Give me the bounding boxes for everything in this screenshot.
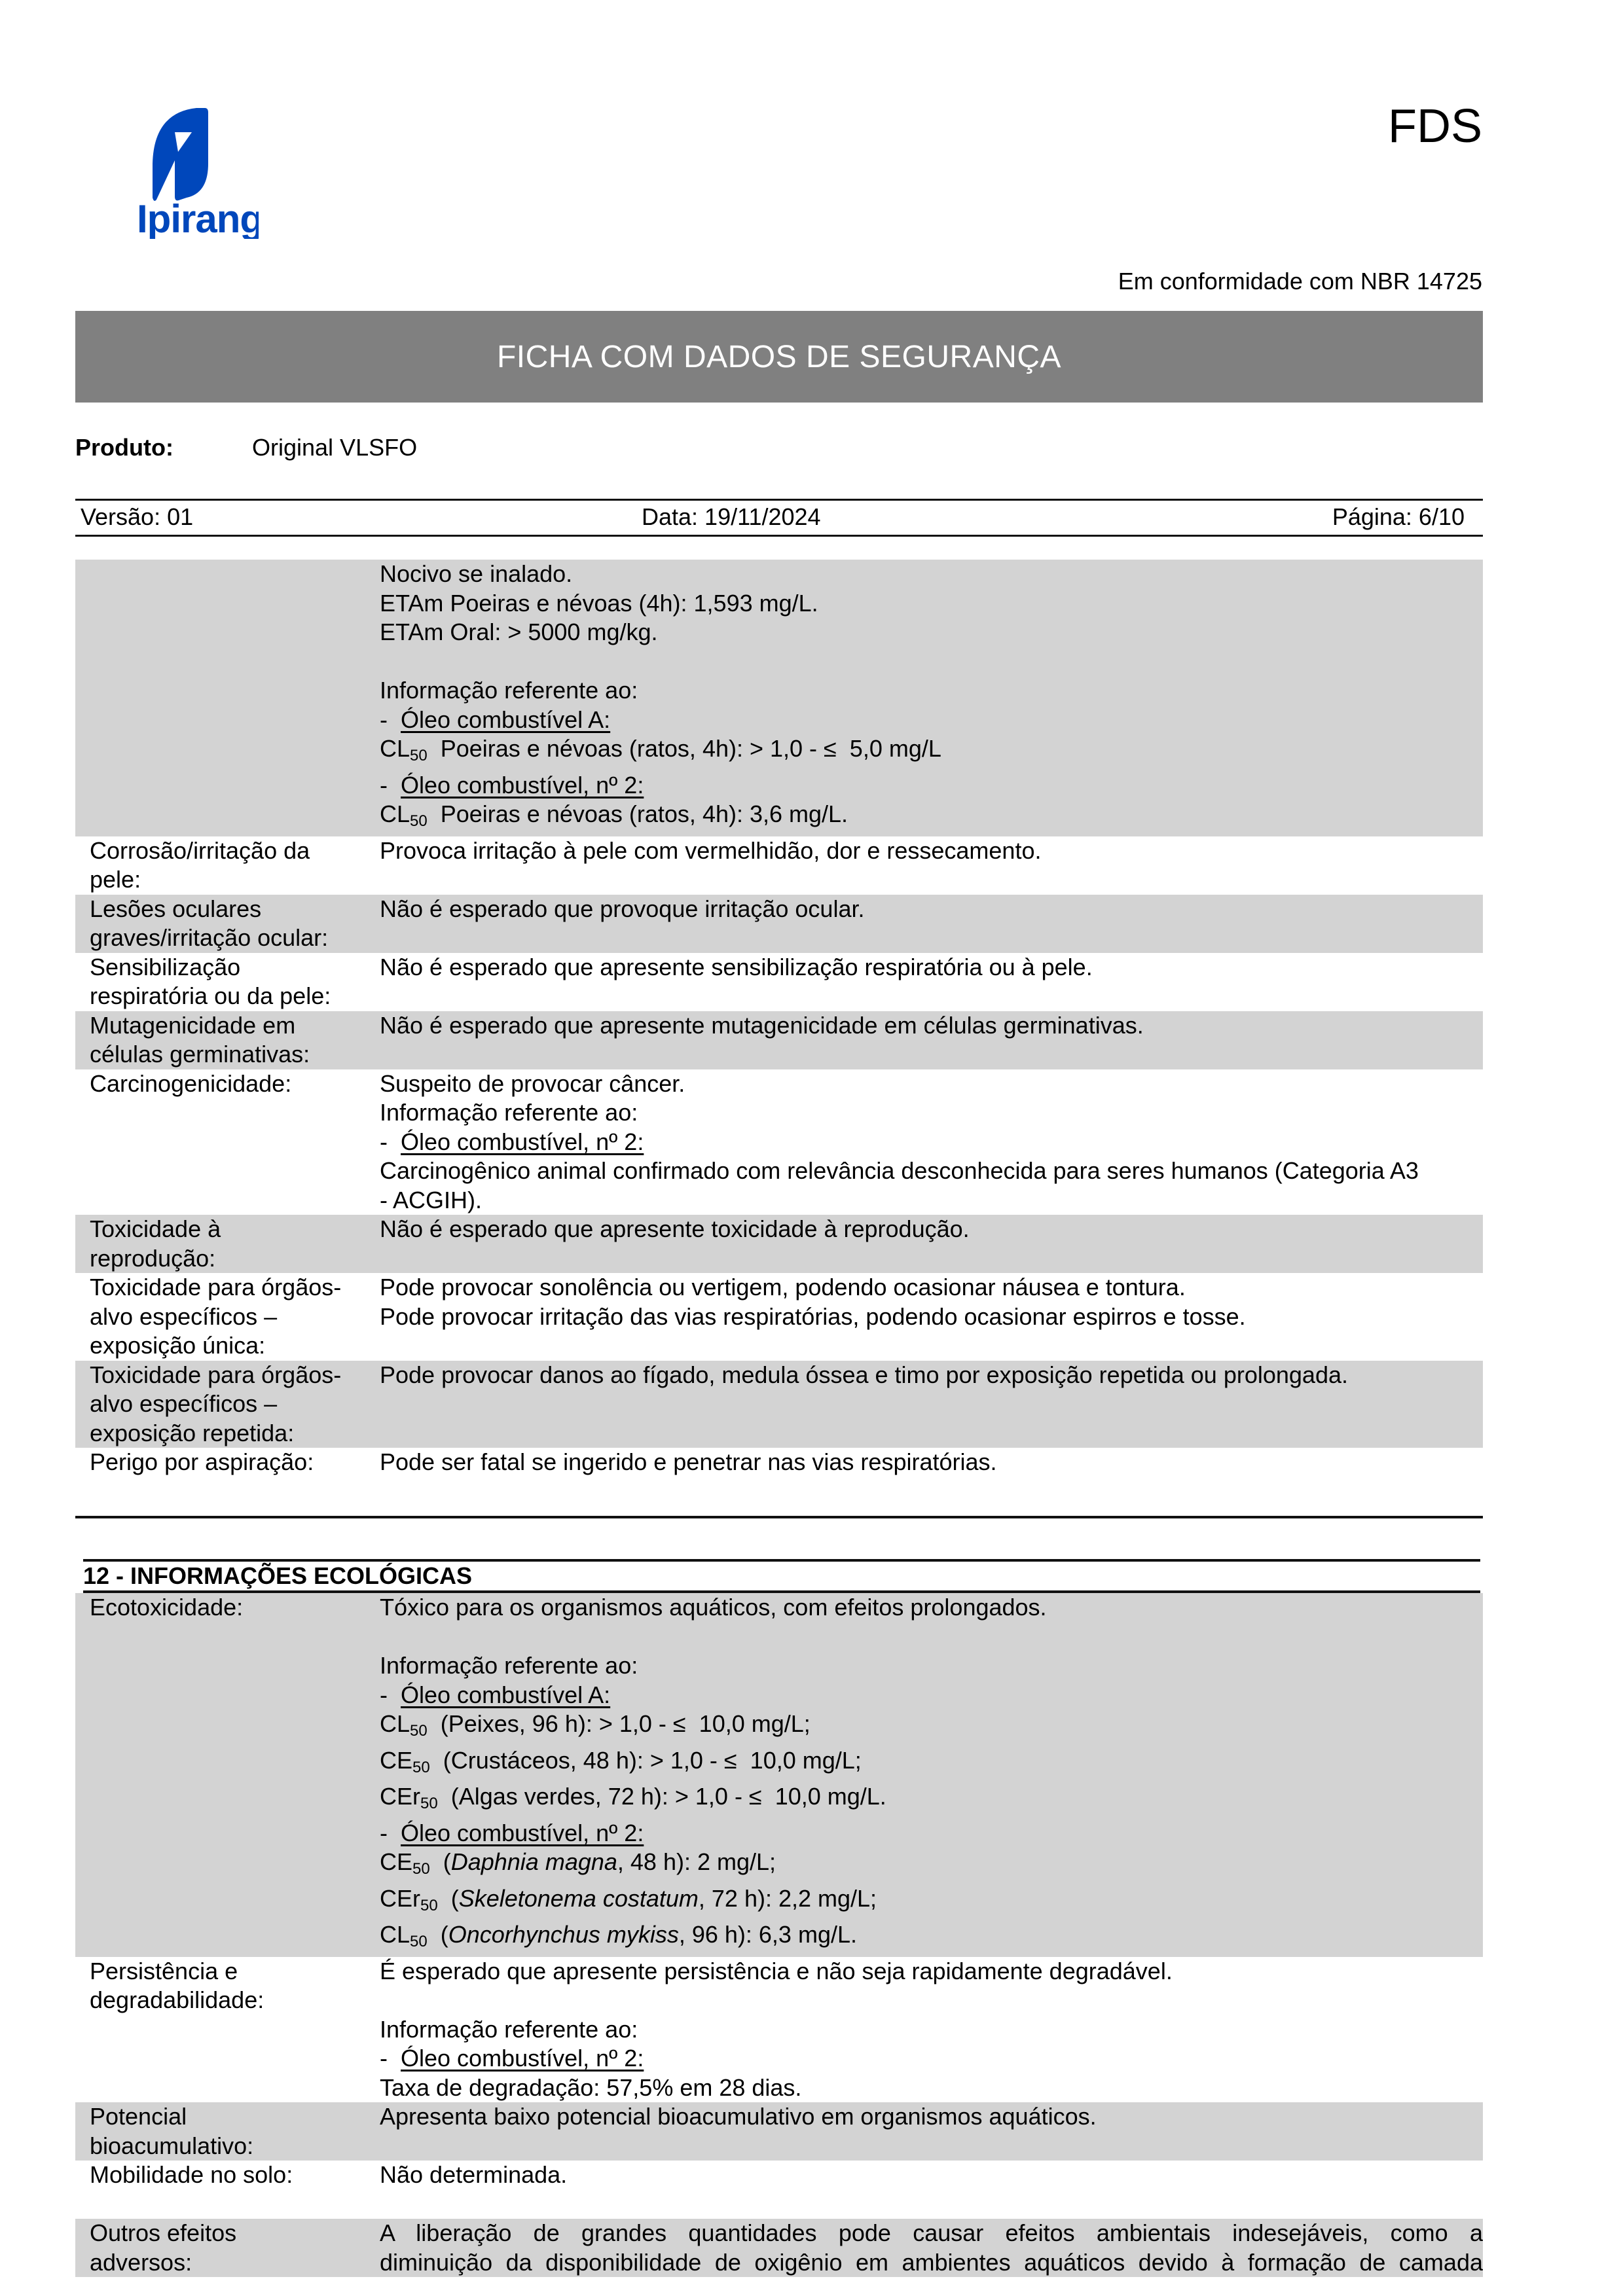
row-value: Pode provocar danos ao fígado, medula ós…	[363, 1361, 1483, 1448]
value-line: ETAm Oral: > 5000 mg/kg.	[380, 618, 1483, 647]
row-label: Potencialbioacumulativo:	[75, 2102, 363, 2161]
value-line: CL50 (Peixes, 96 h): > 1,0 - ≤ 10,0 mg/L…	[380, 1710, 1483, 1746]
row-label: Mobilidade no solo:	[75, 2161, 363, 2219]
row-label-line	[90, 2190, 363, 2219]
endpoint-abbrev: CL	[380, 735, 410, 762]
value-line: - Óleo combustível A:	[380, 1681, 1483, 1710]
row-label-line: Toxicidade à	[90, 1215, 363, 1244]
endpoint-subscript: 50	[410, 812, 428, 830]
document-title: FICHA COM DADOS DE SEGURANÇA	[497, 339, 1061, 375]
list-dash: -	[380, 1820, 401, 1846]
row-label-line: Carcinogenicidade:	[90, 1069, 363, 1099]
title-band: FICHA COM DADOS DE SEGURANÇA	[75, 311, 1483, 403]
value-line: Informação referente ao:	[380, 1098, 1483, 1128]
row-label-line: Mutagenicidade em	[90, 1011, 363, 1041]
toxicology-table: Nocivo se inalado.ETAm Poeiras e névoas …	[75, 560, 1483, 1477]
value-line: CEr50 (Skeletonema costatum, 72 h): 2,2 …	[380, 1884, 1483, 1921]
row-label-line: Ecotoxicidade:	[90, 1593, 363, 1623]
list-dash: -	[380, 2045, 401, 2072]
value-line: Pode provocar sonolência ou vertigem, po…	[380, 1273, 1483, 1302]
row-value: Não é esperado que provoque irritação oc…	[363, 895, 1483, 953]
endpoint-abbrev: CE	[380, 1848, 412, 1875]
endpoint-subscript: 50	[420, 1795, 438, 1812]
endpoint-text: (	[438, 1885, 459, 1912]
list-dash: -	[380, 706, 401, 733]
value-line: Nocivo se inalado.	[380, 560, 1483, 589]
table-row: Mobilidade no solo:Não determinada.	[75, 2161, 1483, 2219]
endpoint-text: Poeiras e névoas (ratos, 4h): > 1,0 - ≤ …	[428, 735, 941, 762]
value-line: - Óleo combustível, nº 2:	[380, 1819, 1483, 1848]
endpoint-text: (	[428, 1921, 448, 1948]
row-label: Ecotoxicidade:	[75, 1593, 363, 1957]
row-label: Corrosão/irritação dapele:	[75, 836, 363, 895]
table-row: Nocivo se inalado.ETAm Poeiras e névoas …	[75, 560, 1483, 836]
row-label: Toxicidade para órgãos-alvo específicos …	[75, 1361, 363, 1448]
value-line: - Óleo combustível A:	[380, 706, 1483, 735]
value-line: CL50 (Oncorhynchus mykiss, 96 h): 6,3 mg…	[380, 1920, 1483, 1957]
svg-text:Ipiranga: Ipiranga	[137, 197, 259, 239]
value-line: Não determinada.	[380, 2161, 1483, 2190]
value-line: Pode provocar irritação das vias respira…	[380, 1302, 1483, 1332]
row-label-line: reprodução:	[90, 1244, 363, 1274]
species-name: Daphnia magna	[451, 1848, 617, 1875]
ipiranga-logo: Ipiranga	[134, 98, 259, 239]
endpoint-text: (Peixes, 96 h): > 1,0 - ≤ 10,0 mg/L;	[428, 1710, 811, 1737]
section-12-title: 12 - INFORMAÇÕES ECOLÓGICAS	[83, 1562, 472, 1589]
endpoint-text: , 96 h): 6,3 mg/L.	[679, 1921, 857, 1948]
table-row: Persistência edegradabilidade:É esperado…	[75, 1957, 1483, 2103]
endpoint-subscript: 50	[410, 1933, 428, 1950]
row-label: Carcinogenicidade:	[75, 1069, 363, 1215]
substance-reference: Óleo combustível, nº 2:	[401, 2045, 644, 2072]
value-line: CL50 Poeiras e névoas (ratos, 4h): > 1,0…	[380, 734, 1483, 771]
row-label-line: graves/irritação ocular:	[90, 924, 363, 953]
endpoint-subscript: 50	[410, 747, 428, 764]
value-line	[380, 1986, 1483, 2015]
value-line: Taxa de degradação: 57,5% em 28 dias.	[380, 2073, 1483, 2103]
value-line: Tóxico para os organismos aquáticos, com…	[380, 1593, 1483, 1623]
value-line: Não é esperado que apresente mutagenicid…	[380, 1011, 1483, 1041]
list-dash: -	[380, 1681, 401, 1708]
row-label: Persistência edegradabilidade:	[75, 1957, 363, 2103]
value-line: CE50 (Crustáceos, 48 h): > 1,0 - ≤ 10,0 …	[380, 1746, 1483, 1783]
table-row: Sensibilizaçãorespiratória ou da pele:Nã…	[75, 953, 1483, 1011]
row-label-line: pele:	[90, 865, 363, 895]
row-label-line: degradabilidade:	[90, 1986, 363, 2015]
table-row: Perigo por aspiração:Pode ser fatal se i…	[75, 1448, 1483, 1477]
conformity-note: Em conformidade com NBR 14725	[1118, 267, 1482, 296]
version: Versão: 01	[81, 501, 193, 533]
table-row: Toxicidade àreprodução:Não é esperado qu…	[75, 1215, 1483, 1273]
endpoint-subscript: 50	[412, 1759, 430, 1776]
table-row: Toxicidade para órgãos-alvo específicos …	[75, 1273, 1483, 1361]
value-line: Apresenta baixo potencial bioacumulativo…	[380, 2102, 1483, 2132]
list-dash: -	[380, 1128, 401, 1155]
value-line: CL50 Poeiras e névoas (ratos, 4h): 3,6 m…	[380, 800, 1483, 836]
endpoint-text: (	[430, 1848, 451, 1875]
value-line: Informação referente ao:	[380, 1651, 1483, 1681]
row-label	[75, 560, 363, 836]
table-row: Potencialbioacumulativo:Apresenta baixo …	[75, 2102, 1483, 2161]
substance-reference: Óleo combustível, nº 2:	[401, 1128, 644, 1155]
endpoint-abbrev: CE	[380, 1747, 412, 1774]
row-value: Pode ser fatal se ingerido e penetrar na…	[363, 1448, 1483, 1477]
revision-date: Data: 19/11/2024	[642, 501, 821, 533]
value-line: Pode provocar danos ao fígado, medula ós…	[380, 1361, 1483, 1390]
product-row: Produto: Original VLSFO	[75, 433, 417, 462]
table-row: Lesões ocularesgraves/irritação ocular:N…	[75, 895, 1483, 953]
row-label-line: Lesões oculares	[90, 895, 363, 924]
endpoint-text: (Algas verdes, 72 h): > 1,0 - ≤ 10,0 mg/…	[438, 1783, 886, 1810]
row-label: Lesões ocularesgraves/irritação ocular:	[75, 895, 363, 953]
row-value: Suspeito de provocar câncer.Informação r…	[363, 1069, 1483, 1215]
value-line: - Óleo combustível, nº 2:	[380, 2044, 1483, 2073]
endpoint-text: Poeiras e névoas (ratos, 4h): 3,6 mg/L.	[428, 800, 848, 827]
row-label: Mutagenicidade emcélulas germinativas:	[75, 1011, 363, 1069]
value-line: - Óleo combustível, nº 2:	[380, 771, 1483, 800]
row-label: Perigo por aspiração:	[75, 1448, 363, 1477]
endpoint-abbrev: CEr	[380, 1885, 420, 1912]
table-row: Mutagenicidade emcélulas germinativas:Nã…	[75, 1011, 1483, 1069]
value-line	[380, 1623, 1483, 1652]
row-label: Toxicidade para órgãos-alvo específicos …	[75, 1273, 363, 1361]
endpoint-subscript: 50	[420, 1897, 438, 1914]
row-value: Tóxico para os organismos aquáticos, com…	[363, 1593, 1483, 1957]
value-line: A liberação de grandes quantidades pode …	[380, 2219, 1483, 2248]
table-row: Carcinogenicidade:Suspeito de provocar c…	[75, 1069, 1483, 1215]
endpoint-subscript: 50	[412, 1860, 430, 1878]
row-value: Não determinada.	[363, 2161, 1483, 2219]
value-line: Suspeito de provocar câncer.	[380, 1069, 1483, 1099]
row-value: A liberação de grandes quantidades pode …	[363, 2219, 1483, 2277]
value-line: Não é esperado que provoque irritação oc…	[380, 895, 1483, 924]
row-value: Nocivo se inalado.ETAm Poeiras e névoas …	[363, 560, 1483, 836]
row-label-line: Corrosão/irritação da	[90, 836, 363, 866]
table-row: Corrosão/irritação dapele:Provoca irrita…	[75, 836, 1483, 895]
row-value: Não é esperado que apresente mutagenicid…	[363, 1011, 1483, 1069]
row-label-line: células germinativas:	[90, 1040, 363, 1069]
row-label-line: bioacumulativo:	[90, 2132, 363, 2161]
row-label: Toxicidade àreprodução:	[75, 1215, 363, 1273]
endpoint-abbrev: CL	[380, 1710, 410, 1737]
row-value: É esperado que apresente persistência e …	[363, 1957, 1483, 2103]
product-value: Original VLSFO	[252, 433, 417, 462]
table-row: Outros efeitosadversos:A liberação de gr…	[75, 2219, 1483, 2277]
row-label-line: Persistência e	[90, 1957, 363, 1986]
row-label-line: Perigo por aspiração:	[90, 1448, 363, 1477]
row-label-line: exposição única:	[90, 1331, 363, 1361]
row-value: Pode provocar sonolência ou vertigem, po…	[363, 1273, 1483, 1361]
endpoint-text: , 48 h): 2 mg/L;	[617, 1848, 776, 1875]
substance-reference: Óleo combustível, nº 2:	[401, 772, 644, 798]
row-value: Não é esperado que apresente toxicidade …	[363, 1215, 1483, 1273]
row-label-line: Outros efeitos	[90, 2219, 363, 2248]
endpoint-text: (Crustáceos, 48 h): > 1,0 - ≤ 10,0 mg/L;	[430, 1747, 862, 1774]
value-line: Não é esperado que apresente sensibiliza…	[380, 953, 1483, 982]
row-label-line: respiratória ou da pele:	[90, 982, 363, 1011]
endpoint-abbrev: CL	[380, 1921, 410, 1948]
species-name: Oncorhynchus mykiss	[448, 1921, 679, 1948]
value-line: Informação referente ao:	[380, 2015, 1483, 2045]
row-label-line: Mobilidade no solo:	[90, 2161, 363, 2190]
list-dash: -	[380, 772, 401, 798]
page-number: Página: 6/10	[1332, 501, 1465, 533]
value-line: Provoca irritação à pele com vermelhidão…	[380, 836, 1483, 866]
row-value: Não é esperado que apresente sensibiliza…	[363, 953, 1483, 1011]
row-value: Apresenta baixo potencial bioacumulativo…	[363, 2102, 1483, 2161]
table-row: Toxicidade para órgãos-alvo específicos …	[75, 1361, 1483, 1448]
row-label: Sensibilizaçãorespiratória ou da pele:	[75, 953, 363, 1011]
endpoint-abbrev: CL	[380, 800, 410, 827]
value-line: É esperado que apresente persistência e …	[380, 1957, 1483, 1986]
endpoint-text: , 72 h): 2,2 mg/L;	[699, 1885, 877, 1912]
document-code: FDS	[1388, 97, 1482, 156]
species-name: Skeletonema costatum	[459, 1885, 699, 1912]
row-label-line: Toxicidade para órgãos-	[90, 1273, 363, 1302]
row-label-line: exposição repetida:	[90, 1419, 363, 1448]
ecology-table: Ecotoxicidade:Tóxico para os organismos …	[75, 1593, 1483, 2277]
value-line: ETAm Poeiras e névoas (4h): 1,593 mg/L.	[380, 589, 1483, 619]
endpoint-subscript: 50	[410, 1722, 428, 1740]
value-line: CE50 (Daphnia magna, 48 h): 2 mg/L;	[380, 1848, 1483, 1884]
value-line: - Óleo combustível, nº 2:	[380, 1128, 1483, 1157]
table-row: Ecotoxicidade:Tóxico para os organismos …	[75, 1593, 1483, 1957]
substance-reference: Óleo combustível A:	[401, 1681, 610, 1708]
substance-reference: Óleo combustível A:	[401, 706, 610, 733]
row-label-line: alvo específicos –	[90, 1302, 363, 1332]
row-label-line: Toxicidade para órgãos-	[90, 1361, 363, 1390]
section-divider	[75, 1516, 1483, 1518]
product-label: Produto:	[75, 433, 252, 462]
value-line: CEr50 (Algas verdes, 72 h): > 1,0 - ≤ 10…	[380, 1782, 1483, 1819]
value-line: Pode ser fatal se ingerido e penetrar na…	[380, 1448, 1483, 1477]
value-line: Não é esperado que apresente toxicidade …	[380, 1215, 1483, 1244]
ipiranga-logo-icon: Ipiranga	[134, 98, 259, 239]
endpoint-abbrev: CEr	[380, 1783, 420, 1810]
row-label-line: Potencial	[90, 2102, 363, 2132]
value-line	[380, 647, 1483, 677]
row-label-line: Sensibilização	[90, 953, 363, 982]
value-line: diminuição da disponibilidade de oxigêni…	[380, 2248, 1483, 2278]
substance-reference: Óleo combustível, nº 2:	[401, 1820, 644, 1846]
document-meta-bar: Versão: 01 Data: 19/11/2024 Página: 6/10	[75, 499, 1483, 537]
section-12-heading: 12 - INFORMAÇÕES ECOLÓGICAS	[83, 1559, 1480, 1593]
row-value: Provoca irritação à pele com vermelhidão…	[363, 836, 1483, 895]
row-label: Outros efeitosadversos:	[75, 2219, 363, 2277]
row-label-line: adversos:	[90, 2248, 363, 2278]
value-line: Carcinogênico animal confirmado com rele…	[380, 1157, 1483, 1186]
value-line: Informação referente ao:	[380, 676, 1483, 706]
row-label-line: alvo específicos –	[90, 1390, 363, 1419]
value-line: - ACGIH).	[380, 1186, 1483, 1215]
